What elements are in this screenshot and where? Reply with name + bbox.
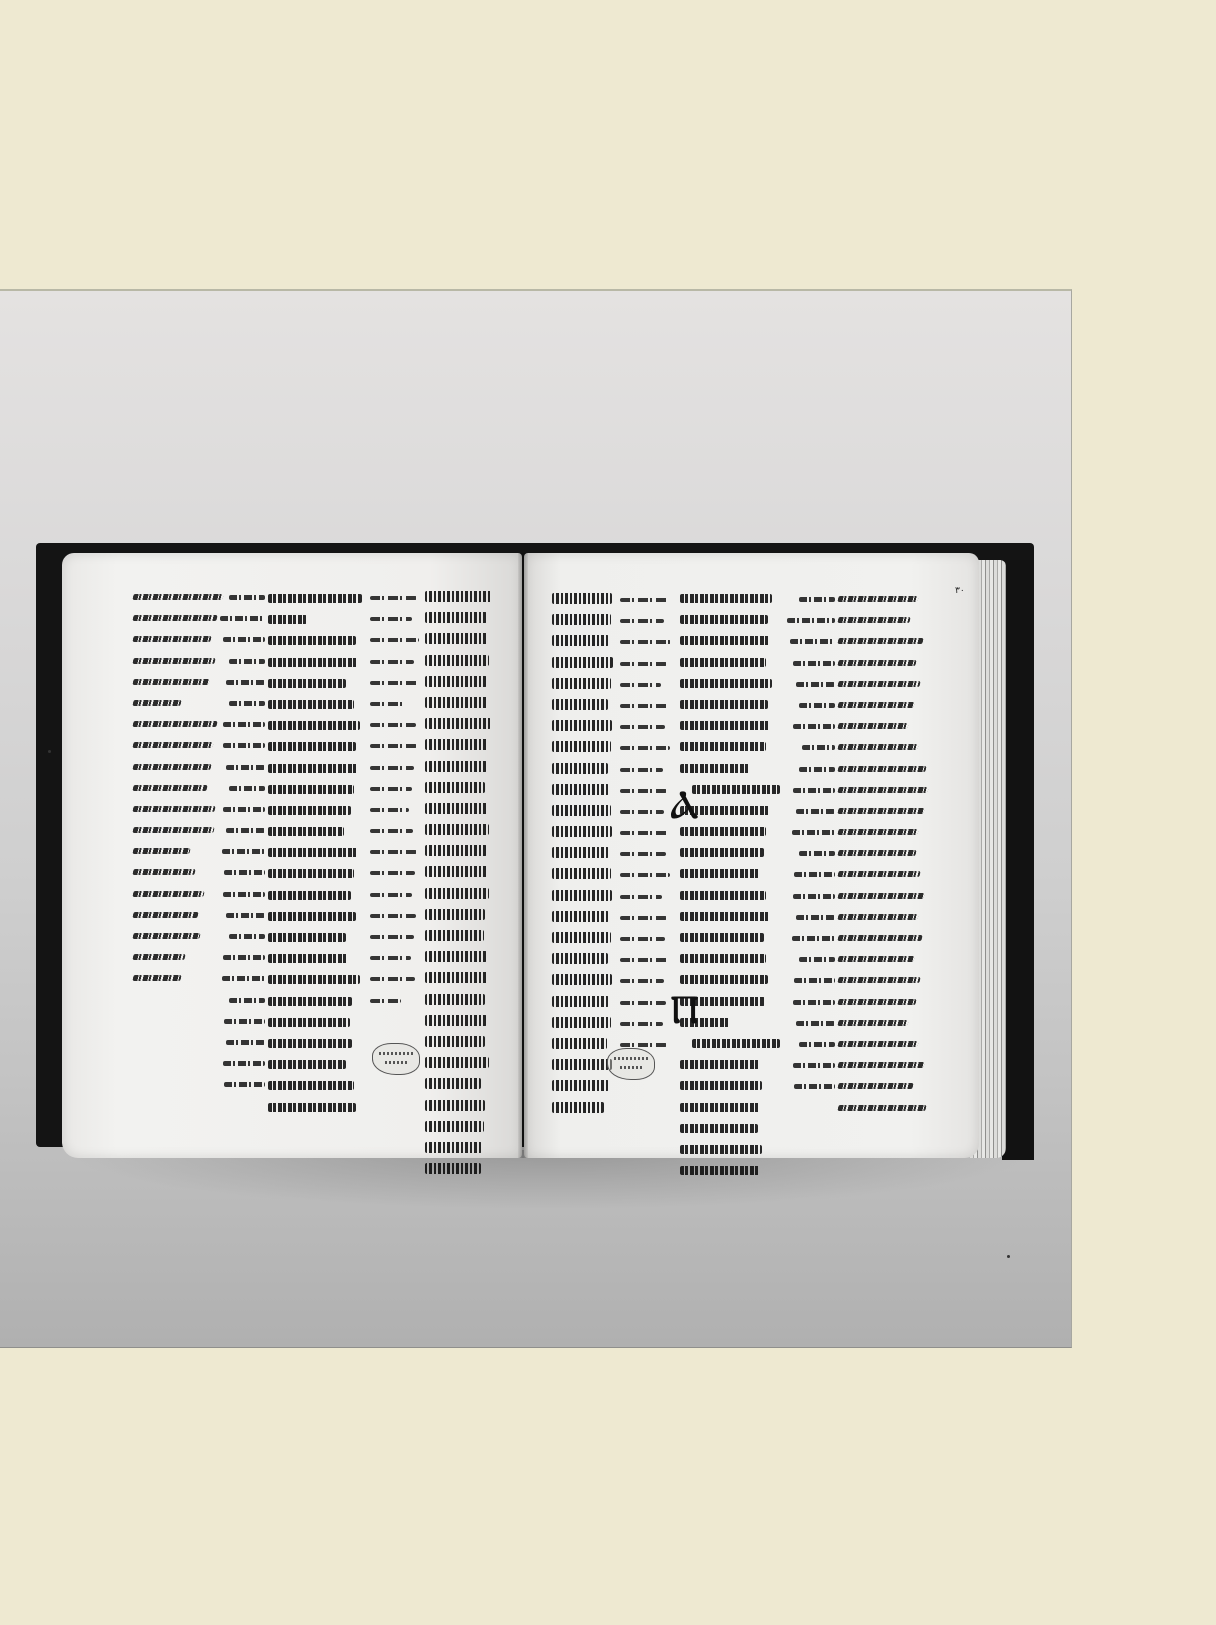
specks xyxy=(1007,1255,1010,1258)
right-arabic-column: Arabic xyxy=(775,592,835,1106)
book-cover-back-edge xyxy=(1002,560,1034,1160)
right-armenian-column: Armenian xyxy=(838,592,938,1126)
coptic-initial-letter-1: Ⲁ xyxy=(670,785,699,825)
book-gutter xyxy=(518,553,528,1158)
left-geez-column: Ge'ez xyxy=(425,590,495,1184)
left-arabic-column: Arabic xyxy=(205,590,265,1104)
book-shadow xyxy=(60,1150,1040,1210)
left-syriac-column: Syriac xyxy=(370,590,422,1020)
coptic-initial-letter-2: Ⲡ xyxy=(670,990,699,1030)
right-library-stamp: library stamp (illegible) xyxy=(607,1048,655,1080)
left-coptic-column: Coptic xyxy=(268,592,366,1124)
folio-number: ۳۰ xyxy=(955,586,965,596)
left-library-stamp: library stamp (illegible) xyxy=(372,1043,420,1075)
specks xyxy=(48,750,51,753)
right-geez-column: Ge'ez xyxy=(552,592,617,1123)
right-syriac-column: Syriac xyxy=(620,592,675,1064)
right-coptic-column: Coptic xyxy=(680,592,780,1187)
